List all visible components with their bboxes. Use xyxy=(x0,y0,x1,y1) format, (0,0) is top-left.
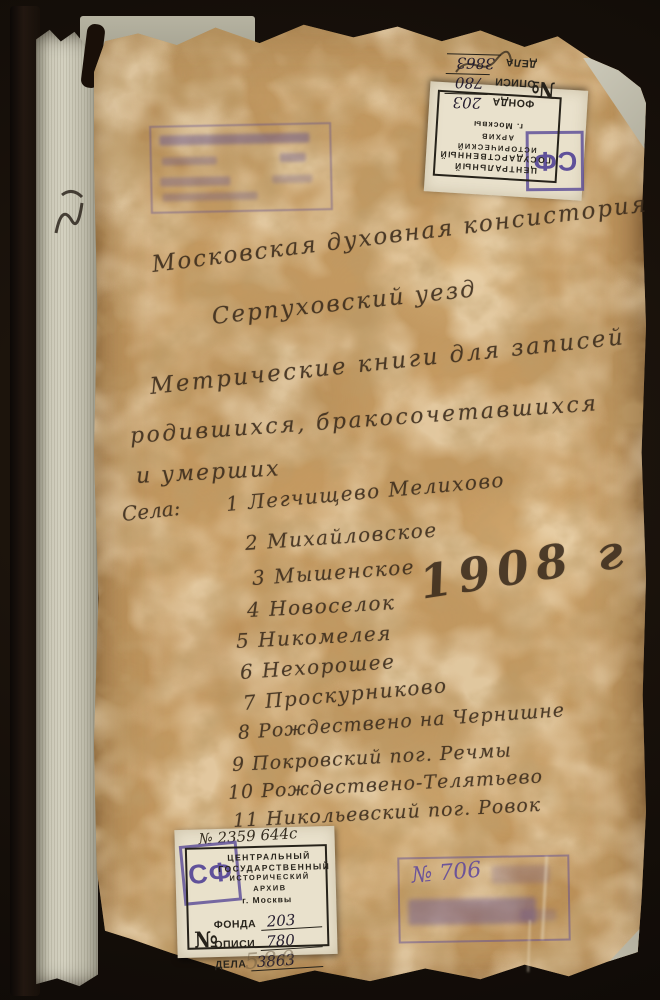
archive-label-bottom-left: № 2359 644с СФ ЦЕНТРАЛЬНЫЙ ГОСУДАРСТВЕНН… xyxy=(174,826,337,958)
village-num: 1 xyxy=(225,491,241,516)
label-border: ЦЕНТРАЛЬНЫЙ ГОСУДАРСТВЕННЫЙ ИСТОРИЧЕСКИЙ… xyxy=(185,844,330,950)
faint-scribble: 580 xyxy=(244,946,300,975)
village-num: 7 xyxy=(242,690,258,715)
village-num: 3 xyxy=(251,565,267,590)
archive-label-top-right: СФ ЦЕНТРАЛЬНЫЙ ГОСУДАРСТВЕННЫЙ ИСТОРИЧЕС… xyxy=(424,81,588,200)
stamp-text-smudge xyxy=(162,157,217,166)
number-symbol: № xyxy=(193,911,215,972)
stamp-text-smudge xyxy=(159,133,309,146)
delo-value: 3863 xyxy=(447,53,501,70)
stamp-text-smudge xyxy=(280,153,306,163)
fond-label: ФОНДА xyxy=(492,95,535,110)
stamp-text-smudge xyxy=(272,175,312,184)
stamp-smudge xyxy=(520,909,556,922)
stamp-smudge xyxy=(408,897,536,925)
village-num: 4 xyxy=(246,597,261,622)
faded-ink-stamp xyxy=(149,122,333,214)
village-num: 9 xyxy=(231,753,245,776)
stamp-text-smudge xyxy=(163,192,258,202)
label-border: ЦЕНТРАЛЬНЫЙ ГОСУДАРСТВЕННЫЙ ИСТОРИЧЕСКИЙ… xyxy=(433,90,562,183)
fond-value: 203 xyxy=(444,93,487,110)
village-num: 8 xyxy=(237,721,252,744)
stamp-smudge xyxy=(491,865,549,884)
opis-label: ОПИСИ xyxy=(494,75,536,89)
stamp-text-smudge xyxy=(160,176,230,186)
village-num: 5 xyxy=(235,628,250,653)
spine-cloth xyxy=(36,28,98,988)
archival-book-cover-photo: СФ ЦЕНТРАЛЬНЫЙ ГОСУДАРСТВЕННЫЙ ИСТОРИЧЕС… xyxy=(0,0,660,1000)
village-num: 10 xyxy=(227,781,254,804)
stamp-handwritten-number: № 706 xyxy=(411,858,483,889)
fond-label: ФОНДА xyxy=(214,918,257,931)
spine-ink-mark xyxy=(48,175,94,247)
village-num: 6 xyxy=(239,659,255,684)
delo-label: ДЕЛА xyxy=(215,958,247,971)
village-num: 2 xyxy=(244,530,260,555)
delo-label: ДЕЛА xyxy=(505,56,537,70)
spine-leather-edge xyxy=(10,6,40,996)
opis-value: 780 xyxy=(445,73,490,90)
archive-city-line: г. Москвы xyxy=(193,892,321,907)
number-symbol: № xyxy=(533,58,557,119)
